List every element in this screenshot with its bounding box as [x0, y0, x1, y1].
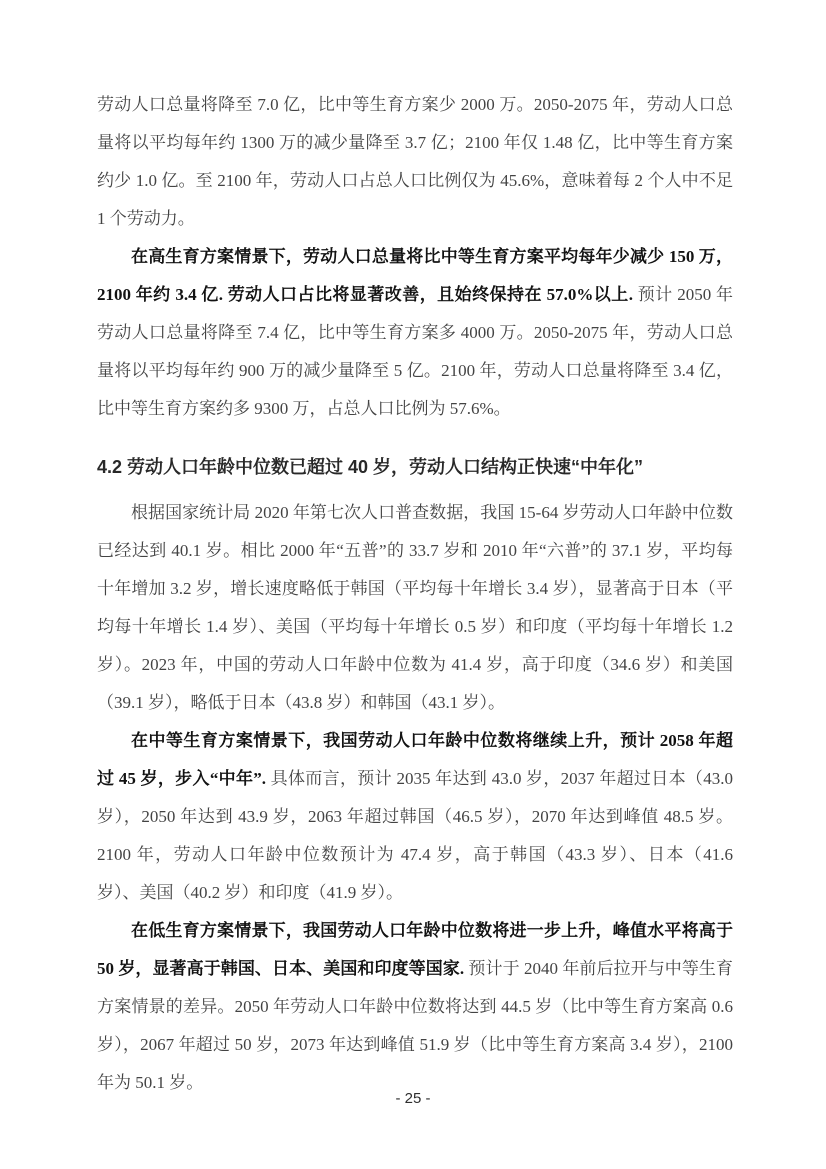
body-text: 预计于 2040 年前后拉开与中等生育方案情景的差异。2050 年劳动人口年龄中…: [97, 959, 733, 1092]
body-text: 预计 2050 年劳动人口总量将降至 7.4 亿，比中等生育方案多 4000 万…: [97, 285, 733, 418]
section-heading: 4.2 劳动人口年龄中位数已超过 40 岁，劳动人口结构正快速“中年化”: [97, 448, 733, 486]
paragraph-medium-fertility-scenario: 在中等生育方案情景下，我国劳动人口年龄中位数将继续上升，预计 2058 年超过 …: [97, 722, 733, 912]
body-text: 具体而言，预计 2035 年达到 43.0 岁，2037 年超过日本（43.0 …: [97, 769, 733, 902]
paragraph-high-fertility-scenario: 在高生育方案情景下，劳动人口总量将比中等生育方案平均每年少减少 150 万，21…: [97, 238, 733, 428]
body-text: 劳动人口总量将降至 7.0 亿，比中等生育方案少 2000 万。2050-207…: [97, 95, 733, 228]
page-content: 劳动人口总量将降至 7.0 亿，比中等生育方案少 2000 万。2050-207…: [97, 86, 733, 1102]
paragraph-census-median-age: 根据国家统计局 2020 年第七次人口普查数据，我国 15-64 岁劳动人口年龄…: [97, 494, 733, 722]
paragraph-low-fertility-continuation: 劳动人口总量将降至 7.0 亿，比中等生育方案少 2000 万。2050-207…: [97, 86, 733, 238]
paragraph-low-fertility-scenario: 在低生育方案情景下，我国劳动人口年龄中位数将进一步上升，峰值水平将高于 50 岁…: [97, 912, 733, 1102]
page-number: - 25 -: [0, 1090, 826, 1107]
body-text: 根据国家统计局 2020 年第七次人口普查数据，我国 15-64 岁劳动人口年龄…: [97, 503, 733, 712]
document-page: 劳动人口总量将降至 7.0 亿，比中等生育方案少 2000 万。2050-207…: [0, 0, 826, 1169]
